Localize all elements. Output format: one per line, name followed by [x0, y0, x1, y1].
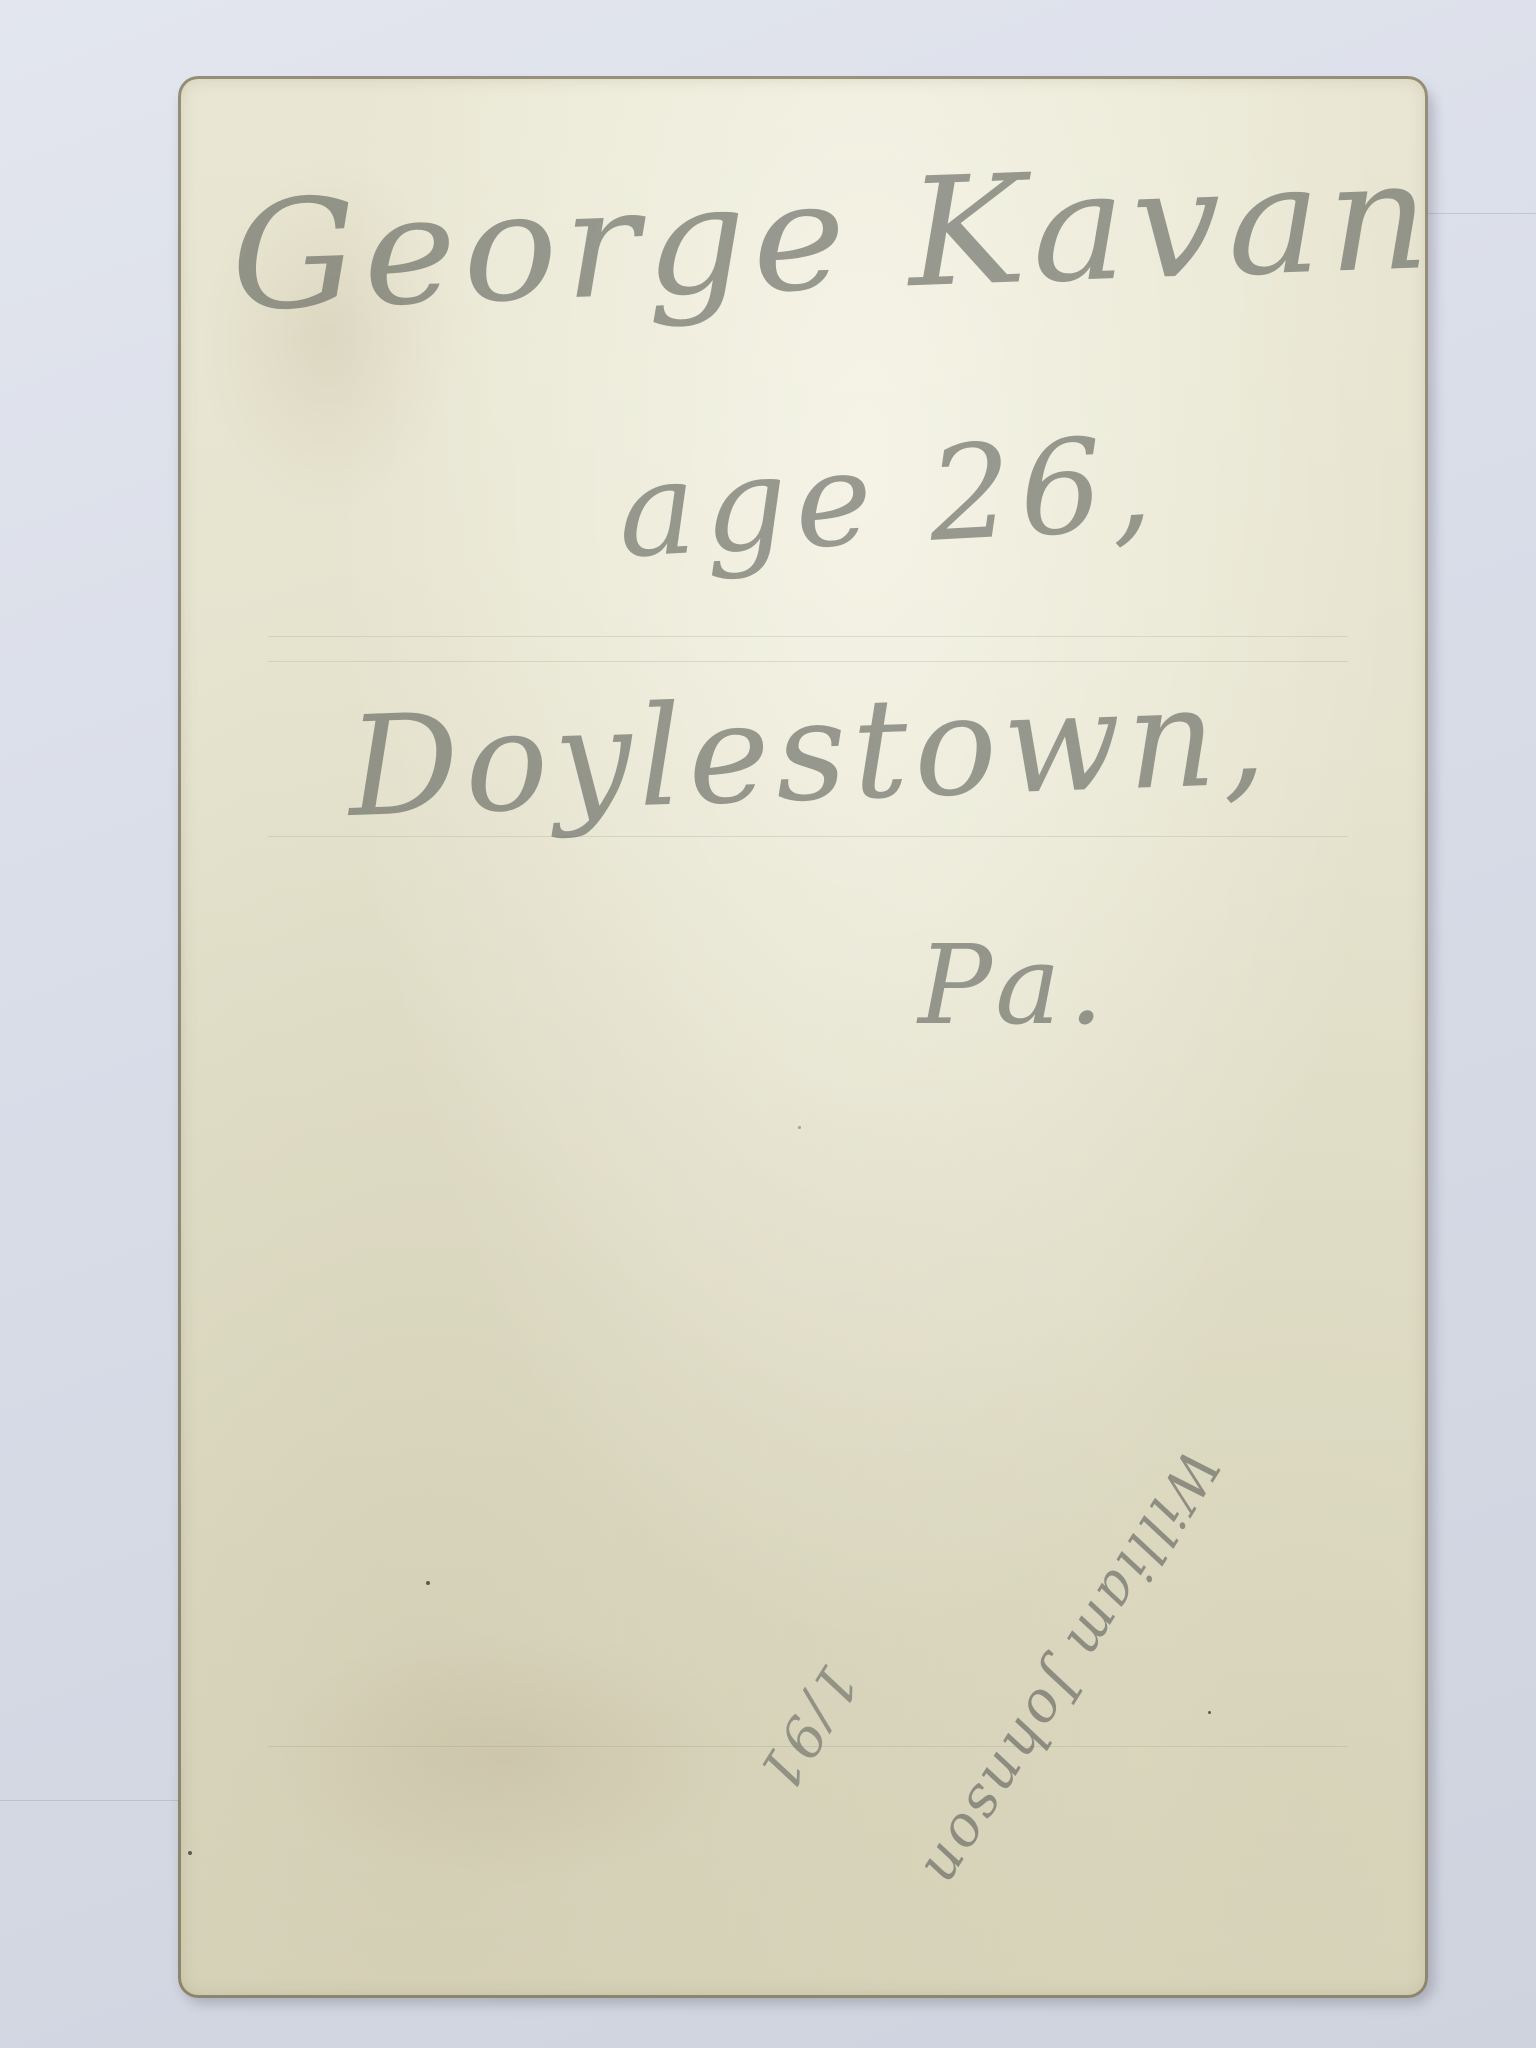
- handwritten-name: George Kavanagh: [228, 118, 1428, 345]
- speck: [1208, 1711, 1211, 1714]
- faint-ruled-line: [268, 636, 1348, 637]
- scalloped-edge-left: [178, 96, 184, 1978]
- surface-crease: [0, 1800, 180, 1801]
- scalloped-edge-top: [198, 76, 1408, 82]
- handwritten-state: Pa.: [918, 921, 1112, 1049]
- upside-down-date: 1/91: [743, 1653, 871, 1804]
- scalloped-edge-bottom: [198, 1992, 1408, 1998]
- upside-down-signature: William Johnson: [909, 1437, 1231, 1899]
- speck: [426, 1581, 430, 1585]
- handwritten-town: Doylestown,: [345, 655, 1274, 848]
- age-stain: [258, 1626, 758, 1886]
- handwritten-age: age 26,: [614, 407, 1163, 587]
- speck: [188, 1851, 192, 1855]
- scalloped-edge-right: [1422, 96, 1428, 1978]
- cabinet-card-back: George Kavanagh age 26, Doylestown, Pa. …: [178, 76, 1428, 1998]
- speck: [798, 1126, 801, 1129]
